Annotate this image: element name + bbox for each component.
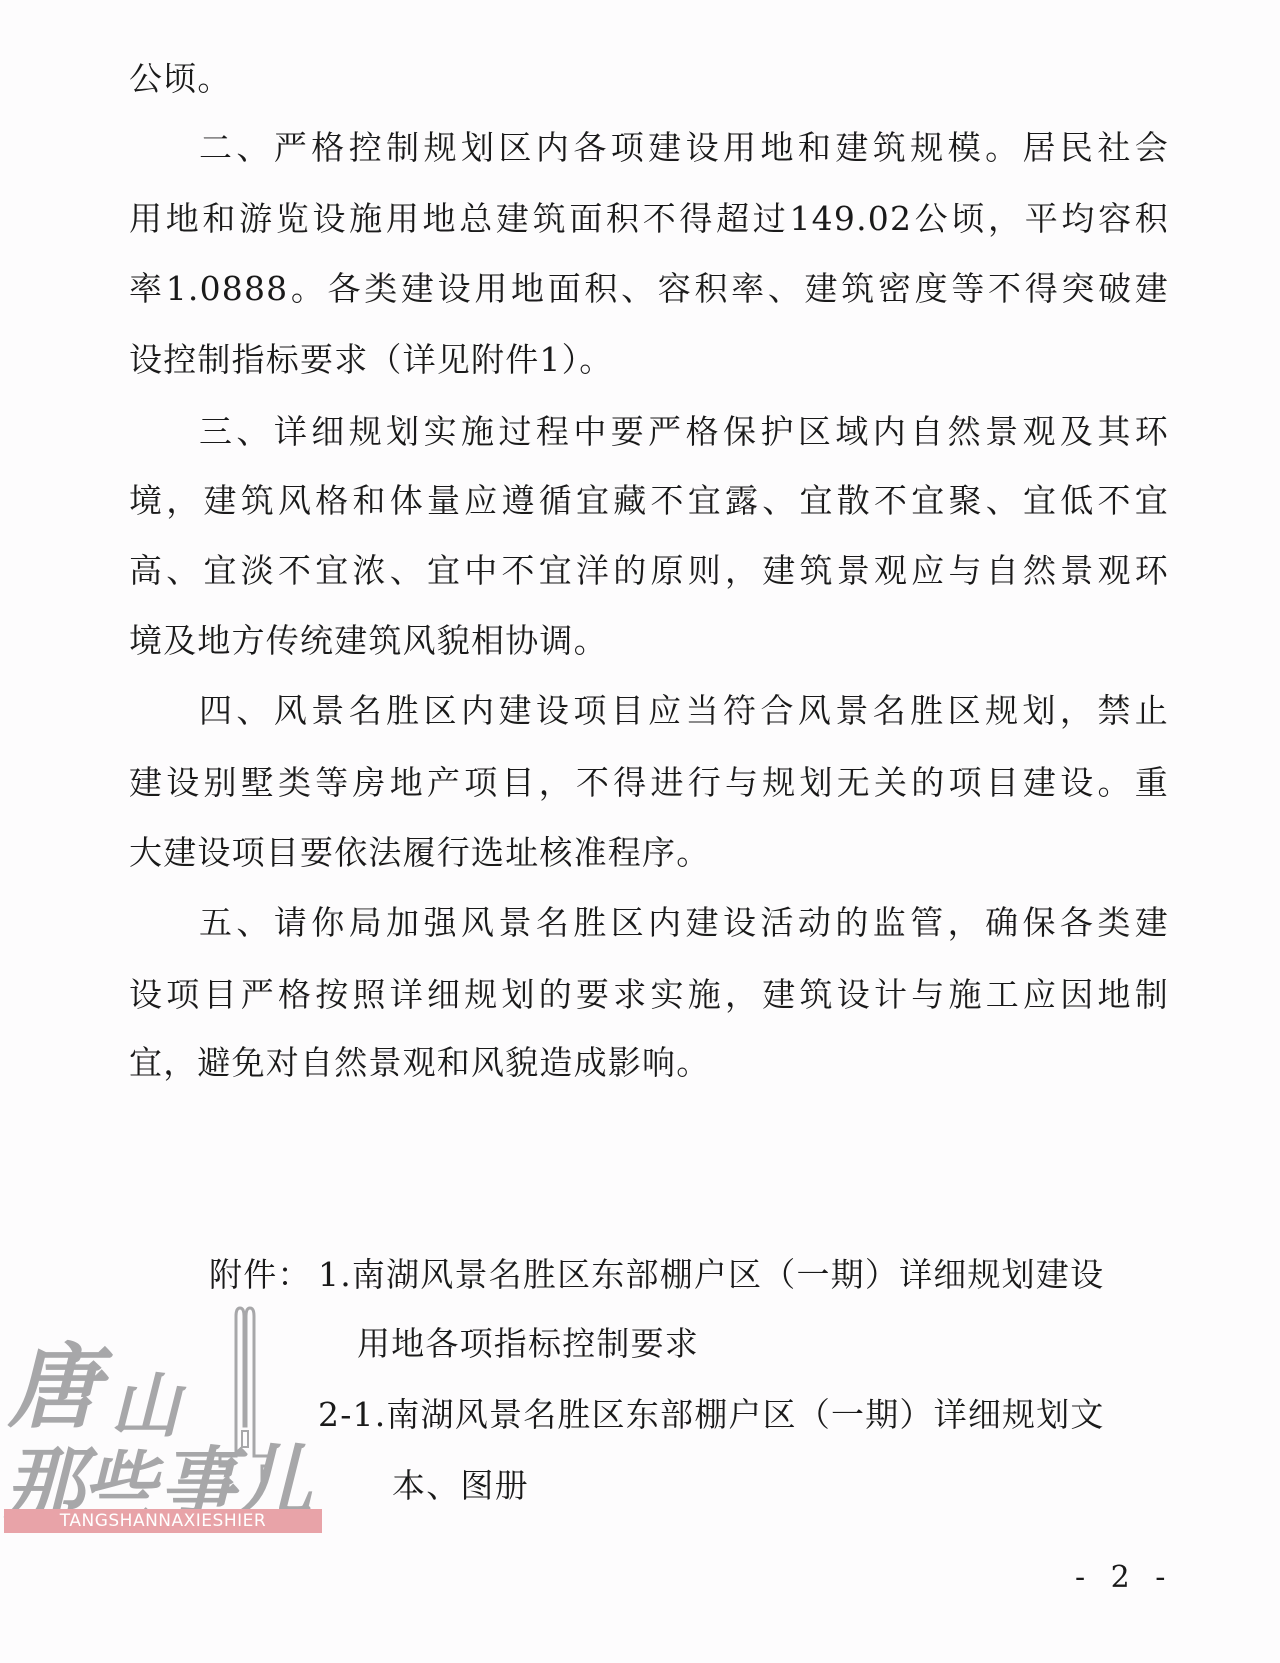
page-number: - 2 - xyxy=(1075,1558,1173,1598)
paragraph-5-line: 五、请你局加强风景名胜区内建设活动的监管，确保各类建 xyxy=(199,903,1169,943)
paragraph-3-line: 境及地方传统建筑风貌相协调。 xyxy=(129,621,1169,661)
paragraph-4-line: 大建设项目要依法履行选址核准程序。 xyxy=(129,833,1169,873)
paragraph-2-line: 用地和游览设施用地总建筑面积不得超过149.02公顷，平均容积 xyxy=(129,199,1169,239)
paragraph-4-line: 建设别墅类等房地产项目，不得进行与规划无关的项目建设。重 xyxy=(129,763,1169,803)
document-page: 公顷。 二、严格控制规划区内各项建设用地和建筑规模。居民社会 用地和游览设施用地… xyxy=(0,0,1280,1663)
attachment-item-2-line2: 本、图册 xyxy=(392,1466,529,1506)
attachment-item-1-line1: 1.南湖风景名胜区东部棚户区（一期）详细规划建设 xyxy=(318,1255,1104,1295)
paragraph-3-line: 高、宜淡不宜浓、宜中不宜洋的原则，建筑景观应与自然景观环 xyxy=(129,551,1169,591)
paragraph-3-line: 境，建筑风格和体量应遵循宜藏不宜露、宜散不宜聚、宜低不宜 xyxy=(129,481,1169,521)
attachment-item-2-line1: 2-1.南湖风景名胜区东部棚户区（一期）详细规划文 xyxy=(318,1395,1105,1435)
paragraph-line: 公顷。 xyxy=(129,59,1169,99)
paragraph-5-line: 宜，避免对自然景观和风貌造成影响。 xyxy=(129,1043,1169,1083)
paragraph-3-line: 三、详细规划实施过程中要严格保护区域内自然景观及其环 xyxy=(199,412,1169,452)
paragraph-5-line: 设项目严格按照详细规划的要求实施，建筑设计与施工应因地制 xyxy=(129,975,1169,1015)
paragraph-4-line: 四、风景名胜区内建设项目应当符合风景名胜区规划，禁止 xyxy=(199,691,1169,731)
watermark-logo: 唐 山 那 些 事 儿 TANGSHANNAXIESHIER xyxy=(0,1300,330,1540)
paragraph-2-line: 设控制指标要求（详见附件1）。 xyxy=(129,340,1169,380)
attachment-item-1-line2: 用地各项指标控制要求 xyxy=(357,1324,699,1364)
paragraph-2-line: 率1.0888。各类建设用地面积、容积率、建筑密度等不得突破建 xyxy=(129,269,1169,309)
paragraph-2-line: 二、严格控制规划区内各项建设用地和建筑规模。居民社会 xyxy=(199,128,1169,168)
watermark-band: TANGSHANNAXIESHIER xyxy=(4,1509,322,1533)
attachments-label: 附件： xyxy=(209,1255,312,1295)
